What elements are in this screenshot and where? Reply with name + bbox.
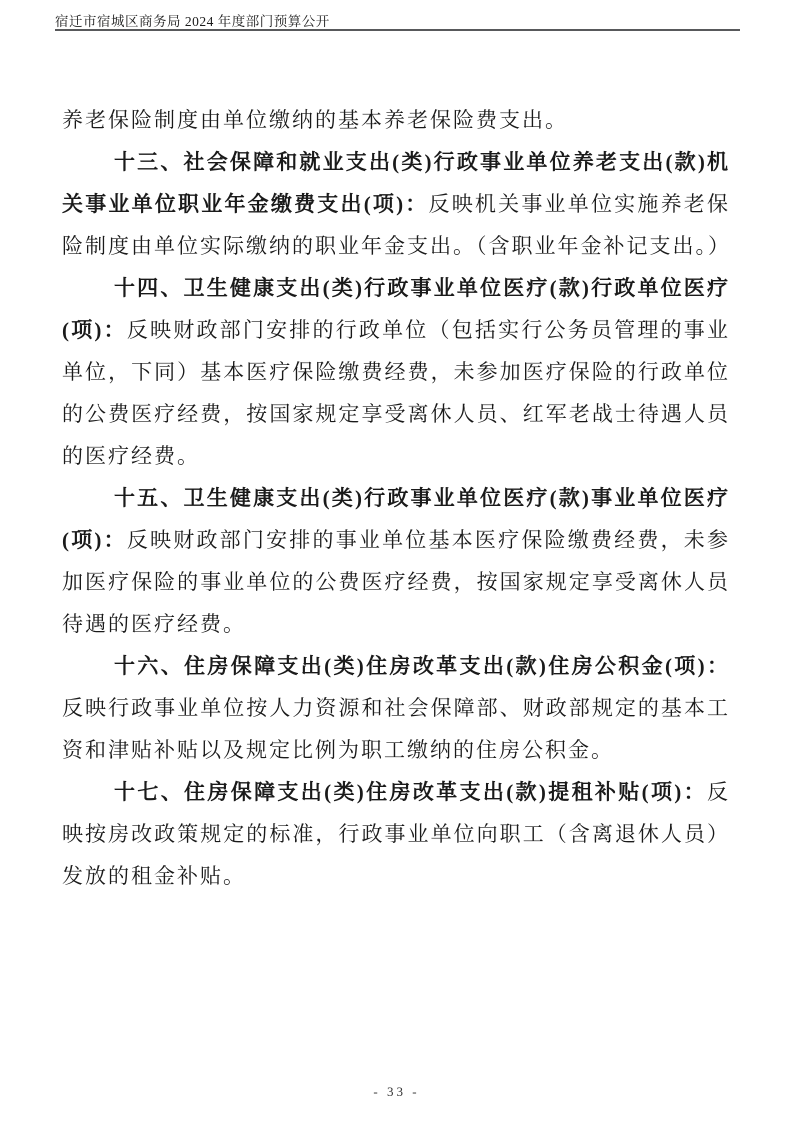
paragraph-item-16: 十六、住房保障支出(类)住房改革支出(款)住房公积金(项)：反映行政事业单位按人… <box>62 645 730 771</box>
paragraph-text: 养老保险制度由单位缴纳的基本养老保险费支出。 <box>62 108 568 132</box>
paragraph-text: 反映行政事业单位按人力资源和社会保障部、财政部规定的基本工资和津贴补贴以及规定比… <box>62 696 730 762</box>
paragraph-item-14: 十四、卫生健康支出(类)行政事业单位医疗(款)行政单位医疗(项)：反映财政部门安… <box>62 267 730 477</box>
paragraph-heading: 十六、住房保障支出(类)住房改革支出(款)住房公积金(项)： <box>114 654 730 678</box>
paragraph-continuation: 养老保险制度由单位缴纳的基本养老保险费支出。 <box>62 99 730 141</box>
paragraph-text: 反映财政部门安排的行政单位（包括实行公务员管理的事业单位，下同）基本医疗保险缴费… <box>62 318 730 468</box>
page-number: - 33 - <box>0 1084 793 1100</box>
paragraph-item-13: 十三、社会保障和就业支出(类)行政事业单位养老支出(款)机关事业单位职业年金缴费… <box>62 141 730 267</box>
document-body: 养老保险制度由单位缴纳的基本养老保险费支出。 十三、社会保障和就业支出(类)行政… <box>62 99 730 897</box>
document-page: 宿迁市宿城区商务局 2024 年度部门预算公开 养老保险制度由单位缴纳的基本养老… <box>0 0 793 1122</box>
document-header-title: 宿迁市宿城区商务局 2024 年度部门预算公开 <box>55 10 330 30</box>
header-rule <box>55 29 740 31</box>
paragraph-heading: 十七、住房保障支出(类)住房改革支出(款)提租补贴(项)： <box>114 780 707 804</box>
paragraph-item-17: 十七、住房保障支出(类)住房改革支出(款)提租补贴(项)：反映按房改政策规定的标… <box>62 771 730 897</box>
paragraph-text: 反映财政部门安排的事业单位基本医疗保险缴费经费，未参加医疗保险的事业单位的公费医… <box>62 528 730 636</box>
paragraph-item-15: 十五、卫生健康支出(类)行政事业单位医疗(款)事业单位医疗(项)：反映财政部门安… <box>62 477 730 645</box>
